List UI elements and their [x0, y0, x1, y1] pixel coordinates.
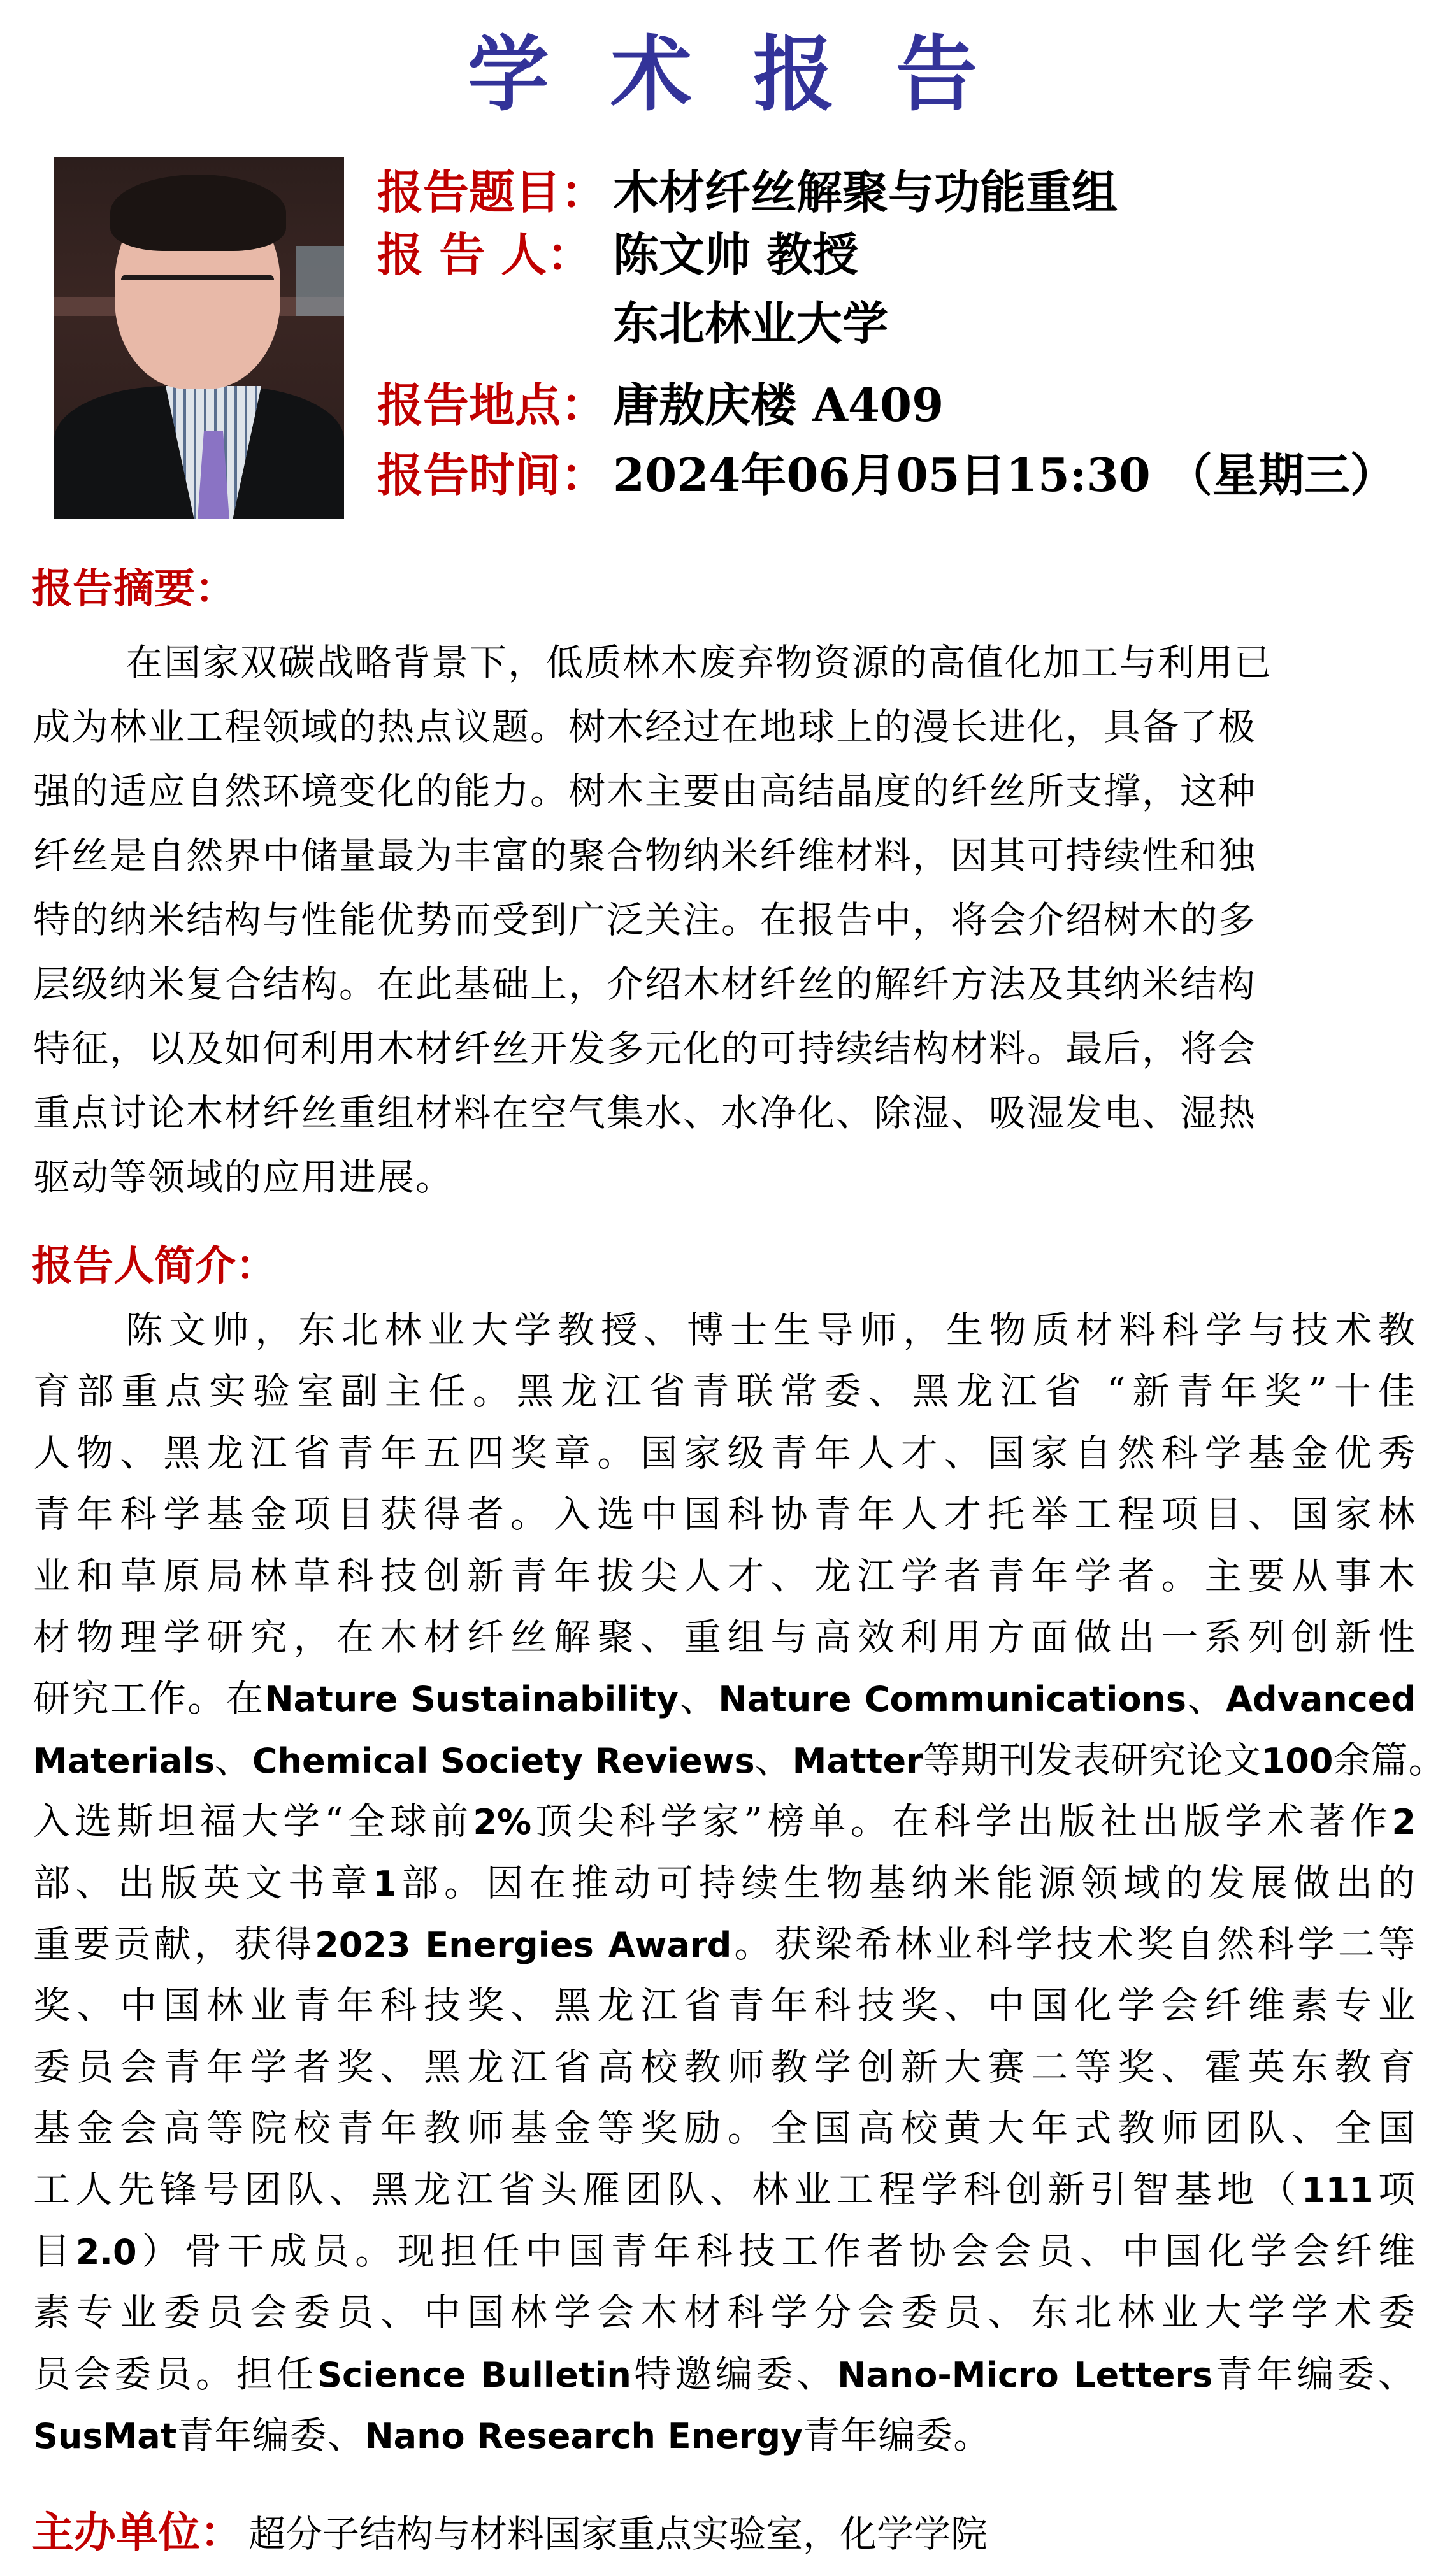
bio-text-run: 奖、中国林业青年科技奖、黑龙江省青年科技奖、中国化学会纤维素专业	[33, 1984, 1416, 2027]
bio-latin-run: Nature Sustainability	[264, 1679, 679, 1719]
bio-latin-run: 2	[1391, 1802, 1416, 1842]
bio-text-run: 青年编委。	[803, 2414, 991, 2457]
bio-text-run: 、	[1186, 1677, 1226, 1720]
abstract-line: 驱动等领域的应用进展。	[33, 1145, 1416, 1210]
bio-latin-run: 111	[1302, 2170, 1374, 2210]
location-label: 报告地点：	[377, 380, 613, 431]
bio-line: 素专业委员会委员、中国林学会木材科学分会委员、东北林业大学学术委	[33, 2282, 1416, 2343]
bio-text-run: 基金会高等院校青年教师基金等奖励。全国高校黄大年式教师团队、全国	[33, 2107, 1416, 2150]
time-label: 报告时间：	[377, 450, 613, 501]
bio-text-run: 项	[1374, 2168, 1416, 2211]
photo-hair	[110, 175, 286, 251]
bio-latin-run: Advanced	[1226, 1679, 1416, 1719]
bio-text-run: 余篇。	[1333, 1738, 1445, 1782]
bio-text-run: 员会委员。担任	[33, 2352, 317, 2396]
bio-text-run: 。获梁希林业科学技术奖自然科学二等	[731, 1922, 1416, 1966]
bio-latin-run: 2%	[473, 1802, 531, 1842]
bio-line: 陈文帅，东北林业大学教授、博士生导师，生物质材料科学与技术教	[33, 1299, 1416, 1361]
bio-latin-run: Matter	[793, 1741, 923, 1781]
affiliation-value: 东北林业大学	[613, 296, 888, 350]
photo-glasses	[121, 275, 274, 311]
bio-text-run: 业和草原局林草科技创新青年拔尖人才、龙江学者青年学者。主要从事木	[33, 1554, 1416, 1598]
bio-text-run: 青年编委、	[176, 2414, 364, 2457]
bio-text-run: 工人先锋号团队、黑龙江省头雁团队、林业工程学科创新引智基地（	[33, 2168, 1302, 2211]
bio-line: Materials、Chemical Society Reviews、Matte…	[33, 1729, 1416, 1791]
speaker-value: 陈文帅 教授	[613, 227, 858, 282]
info-affiliation: 东北林业大学	[613, 298, 888, 349]
bio-heading: 报告人简介：	[32, 1241, 277, 1292]
topic-label: 报告题目：	[377, 167, 613, 218]
bio-text-run: 目	[33, 2229, 76, 2273]
bio-latin-run: 2.0	[76, 2232, 137, 2272]
abstract-line: 成为林业工程领域的热点议题。树木经过在地球上的漫长进化，具备了极	[33, 695, 1416, 759]
bio-body: 陈文帅，东北林业大学教授、博士生导师，生物质材料科学与技术教育部重点实验室副主任…	[33, 1299, 1416, 2466]
bio-text-run: 素专业委员会委员、中国林学会木材科学分会委员、东北林业大学学术委	[33, 2291, 1416, 2334]
speaker-label: 报 告 人：	[377, 229, 613, 280]
bio-latin-run: Science Bulletin	[317, 2355, 631, 2395]
abstract-line: 强的适应自然环境变化的能力。树木主要由高结晶度的纤丝所支撑，这种	[33, 759, 1416, 824]
bio-line: 业和草原局林草科技创新青年拔尖人才、龙江学者青年学者。主要从事木	[33, 1545, 1416, 1606]
bio-latin-run: Materials	[33, 1741, 215, 1781]
bio-line: 委员会青年学者奖、黑龙江省高校教师教学创新大赛二等奖、霍英东教育	[33, 2036, 1416, 2098]
bio-line: 工人先锋号团队、黑龙江省头雁团队、林业工程学科创新引智基地（111项	[33, 2159, 1416, 2220]
abstract-line: 重点讨论木材纤丝重组材料在空气集水、水净化、除湿、吸湿发电、湿热	[33, 1081, 1416, 1145]
bio-line: 部、出版英文书章1部。因在推动可持续生物基纳米能源领域的发展做出的	[33, 1852, 1416, 1914]
bio-text-run: 、	[755, 1738, 793, 1782]
time-value: 2024年06月05日15:30 （星期三）	[613, 448, 1396, 502]
bio-line: 目2.0）骨干成员。现担任中国青年科技工作者协会会员、中国化学会纤维	[33, 2221, 1416, 2282]
bio-line: 研究工作。在Nature Sustainability、Nature Commu…	[33, 1668, 1416, 1729]
info-topic: 报告题目：木材纤丝解聚与功能重组	[377, 167, 1118, 218]
abstract-line: 特征，以及如何利用木材纤丝开发多元化的可持续结构材料。最后，将会	[33, 1017, 1416, 1081]
abstract-body: 在国家双碳战略背景下，低质林木废弃物资源的高值化加工与利用已 成为林业工程领域的…	[33, 631, 1416, 1210]
bio-latin-run: 2023 Energies Award	[315, 1925, 731, 1965]
photo-background-books	[296, 246, 344, 316]
bio-text-run: 特邀编委、	[631, 2352, 837, 2396]
bio-text-run: 部、出版英文书章	[33, 1861, 373, 1905]
bio-text-run: 部。因在推动可持续生物基纳米能源领域的发展做出的	[397, 1861, 1416, 1905]
bio-line: 基金会高等院校青年教师基金等奖励。全国高校黄大年式教师团队、全国	[33, 2098, 1416, 2159]
bio-line: 员会委员。担任Science Bulletin特邀编委、Nano-Micro L…	[33, 2343, 1416, 2405]
bio-line: 重要贡献，获得2023 Energies Award。获梁希林业科学技术奖自然科…	[33, 1914, 1416, 1975]
bio-text-run: 、	[679, 1677, 718, 1720]
info-speaker: 报 告 人：陈文帅 教授	[377, 229, 858, 280]
bio-latin-run: SusMat	[33, 2416, 176, 2456]
bio-line: 育部重点实验室副主任。黑龙江省青联常委、黑龙江省 “新青年奖”十佳	[33, 1361, 1416, 1422]
abstract-heading: 报告摘要：	[32, 564, 236, 615]
bio-line: SusMat青年编委、Nano Research Energy青年编委。	[33, 2405, 1416, 2466]
bio-text-run: 育部重点实验室副主任。黑龙江省青联常委、黑龙江省 “新青年奖”十佳	[33, 1370, 1416, 1413]
bio-line: 奖、中国林业青年科技奖、黑龙江省青年科技奖、中国化学会纤维素专业	[33, 1975, 1416, 2036]
abstract-line: 在国家双碳战略背景下，低质林木废弃物资源的高值化加工与利用已	[33, 631, 1416, 695]
location-value: 唐敖庆楼 A409	[613, 378, 944, 432]
host-value: 超分子结构与材料国家重点实验室，化学学院	[248, 2512, 988, 2556]
bio-latin-run: 1	[373, 1864, 397, 1904]
bio-latin-run: Nano Research Energy	[364, 2416, 803, 2456]
bio-text-run: 研究工作。在	[33, 1677, 264, 1720]
info-location: 报告地点：唐敖庆楼 A409	[377, 380, 944, 431]
abstract-line: 纤丝是自然界中储量最为丰富的聚合物纳米纤维材料，因其可持续性和独	[33, 824, 1416, 888]
bio-text-run: 陈文帅，东北林业大学教授、博士生导师，生物质材料科学与技术教	[126, 1308, 1416, 1352]
host-organizer: 主办单位：超分子结构与材料国家重点实验室，化学学院	[32, 2507, 988, 2559]
bio-text-run: 顶尖科学家”榜单。在科学出版社出版学术著作	[531, 1800, 1391, 1843]
abstract-line: 层级纳米复合结构。在此基础上，介绍木材纤丝的解纤方法及其纳米结构	[33, 952, 1416, 1017]
info-time: 报告时间：2024年06月05日15:30 （星期三）	[377, 450, 1396, 501]
speaker-photo	[54, 157, 344, 519]
bio-text-run: 青年科学基金项目获得者。入选中国科协青年人才托举工程项目、国家林	[33, 1492, 1416, 1536]
bio-latin-run: 100	[1262, 1741, 1334, 1781]
bio-latin-run: Chemical Society Reviews	[252, 1741, 755, 1781]
bio-text-run: 青年编委、	[1212, 2352, 1416, 2396]
bio-text-run: 委员会青年学者奖、黑龙江省高校教师教学创新大赛二等奖、霍英东教育	[33, 2045, 1416, 2089]
bio-line: 材物理学研究，在木材纤丝解聚、重组与高效利用方面做出一系列创新性	[33, 1606, 1416, 1668]
page-title: 学术报告	[0, 24, 1445, 126]
bio-latin-run: Nature Communications	[718, 1679, 1186, 1719]
bio-text-run: 材物理学研究，在木材纤丝解聚、重组与高效利用方面做出一系列创新性	[33, 1615, 1416, 1659]
bio-latin-run: Nano-Micro Letters	[837, 2355, 1212, 2395]
bio-text-run: 人物、黑龙江省青年五四奖章。国家级青年人才、国家自然科学基金优秀	[33, 1431, 1416, 1475]
bio-line: 青年科学基金项目获得者。入选中国科协青年人才托举工程项目、国家林	[33, 1484, 1416, 1545]
bio-text-run: 、	[215, 1738, 252, 1782]
bio-line: 人物、黑龙江省青年五四奖章。国家级青年人才、国家自然科学基金优秀	[33, 1422, 1416, 1484]
bio-text-run: 入选斯坦福大学“全球前	[33, 1800, 473, 1843]
topic-value: 木材纤丝解聚与功能重组	[613, 165, 1118, 219]
bio-text-run: 等期刊发表研究论文	[923, 1738, 1262, 1782]
host-label: 主办单位：	[32, 2507, 242, 2557]
bio-line: 入选斯坦福大学“全球前2%顶尖科学家”榜单。在科学出版社出版学术著作2	[33, 1791, 1416, 1852]
bio-text-run: 重要贡献，获得	[33, 1922, 315, 1966]
abstract-line: 特的纳米结构与性能优势而受到广泛关注。在报告中，将会介绍树木的多	[33, 888, 1416, 952]
bio-text-run: ）骨干成员。现担任中国青年科技工作者协会会员、中国化学会纤维	[137, 2229, 1416, 2273]
